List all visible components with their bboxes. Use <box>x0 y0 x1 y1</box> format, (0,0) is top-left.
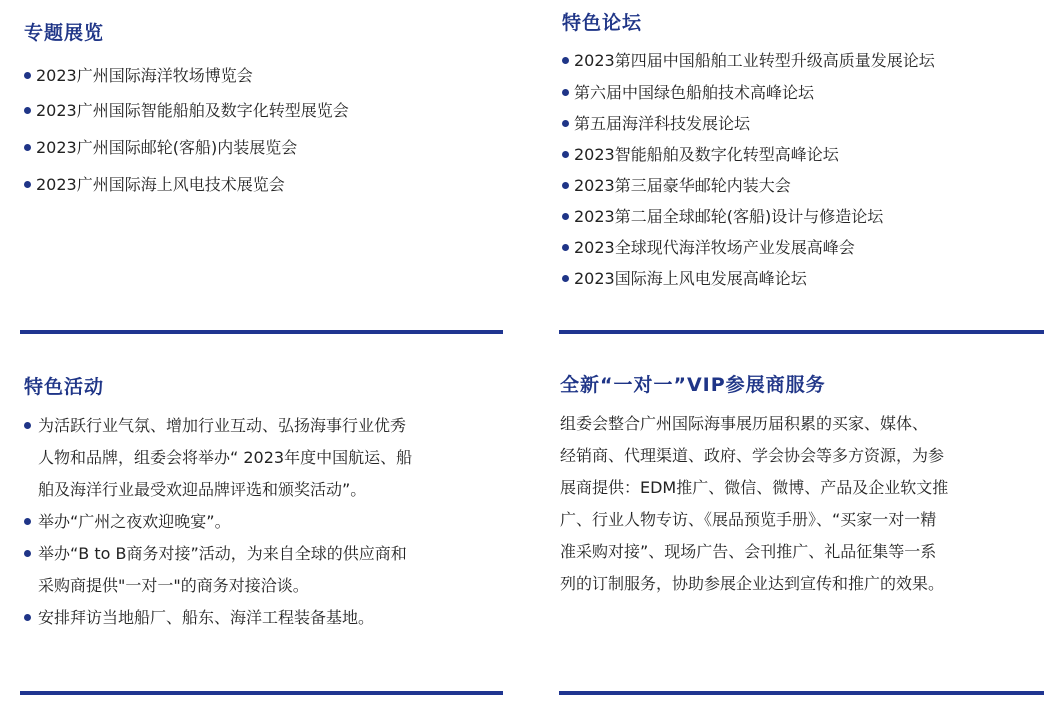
list-item: 2023国际海上风电发展高峰论坛 <box>562 263 1052 294</box>
activity-list: 为活跃行业气氛、增加行业互动、弘扬海事行业优秀 人物和品牌，组委会将举办“ 20… <box>24 410 514 634</box>
bullet-icon <box>24 181 31 188</box>
list-item: 为活跃行业气氛、增加行业互动、弘扬海事行业优秀 人物和品牌，组委会将举办“ 20… <box>24 410 514 506</box>
bullet-icon <box>562 244 569 251</box>
list-item: 安排拜访当地船厂、船东、海洋工程装备基地。 <box>24 602 514 634</box>
list-item: 2023第三届豪华邮轮内装大会 <box>562 170 1052 201</box>
divider <box>559 691 1044 695</box>
divider <box>559 330 1044 334</box>
bullet-icon <box>24 72 31 79</box>
bullet-icon <box>24 614 31 621</box>
list-item: 举办“广州之夜欢迎晚宴”。 <box>24 506 514 538</box>
bullet-icon <box>24 550 31 557</box>
list-item: 举办“B to B商务对接”活动，为来自全球的供应商和 采购商提供"一对一"的商… <box>24 538 514 602</box>
bullet-icon <box>562 57 569 64</box>
list-item: 2023广州国际海上风电技术展览会 <box>24 166 504 203</box>
list-item: 2023广州国际海洋牧场博览会 <box>24 60 504 92</box>
list-item: 2023广州国际邮轮(客船)内装展览会 <box>24 129 504 166</box>
section-title: 特色活动 <box>24 372 104 399</box>
section-title: 专题展览 <box>24 18 104 45</box>
forum-list: 2023第四届中国船舶工业转型升级高质量发展论坛 第六届中国绿色船舶技术高峰论坛… <box>562 45 1052 294</box>
list-item: 第六届中国绿色船舶技术高峰论坛 <box>562 77 1052 108</box>
list-item: 2023第二届全球邮轮(客船)设计与修造论坛 <box>562 201 1052 232</box>
vip-description: 组委会整合广州国际海事展历届积累的买家、媒体、 经销商、代理渠道、政府、学会协会… <box>560 408 1050 600</box>
section-title: 全新“一对一”VIP参展商服务 <box>560 370 826 397</box>
bullet-icon <box>562 182 569 189</box>
bullet-icon <box>562 120 569 127</box>
divider <box>20 691 503 695</box>
bullet-icon <box>24 518 31 525</box>
list-item: 2023全球现代海洋牧场产业发展高峰会 <box>562 232 1052 263</box>
divider <box>20 330 503 334</box>
list-item: 2023第四届中国船舶工业转型升级高质量发展论坛 <box>562 45 1052 77</box>
exhibition-list: 2023广州国际海洋牧场博览会 2023广州国际智能船舶及数字化转型展览会 20… <box>24 60 504 203</box>
bullet-icon <box>24 422 31 429</box>
bullet-icon <box>562 151 569 158</box>
section-title: 特色论坛 <box>562 8 642 35</box>
list-item: 第五届海洋科技发展论坛 <box>562 108 1052 139</box>
bullet-icon <box>562 213 569 220</box>
list-item: 2023智能船舶及数字化转型高峰论坛 <box>562 139 1052 170</box>
bullet-icon <box>24 107 31 114</box>
list-item: 2023广州国际智能船舶及数字化转型展览会 <box>24 92 504 129</box>
bullet-icon <box>562 275 569 282</box>
bullet-icon <box>562 89 569 96</box>
bullet-icon <box>24 144 31 151</box>
